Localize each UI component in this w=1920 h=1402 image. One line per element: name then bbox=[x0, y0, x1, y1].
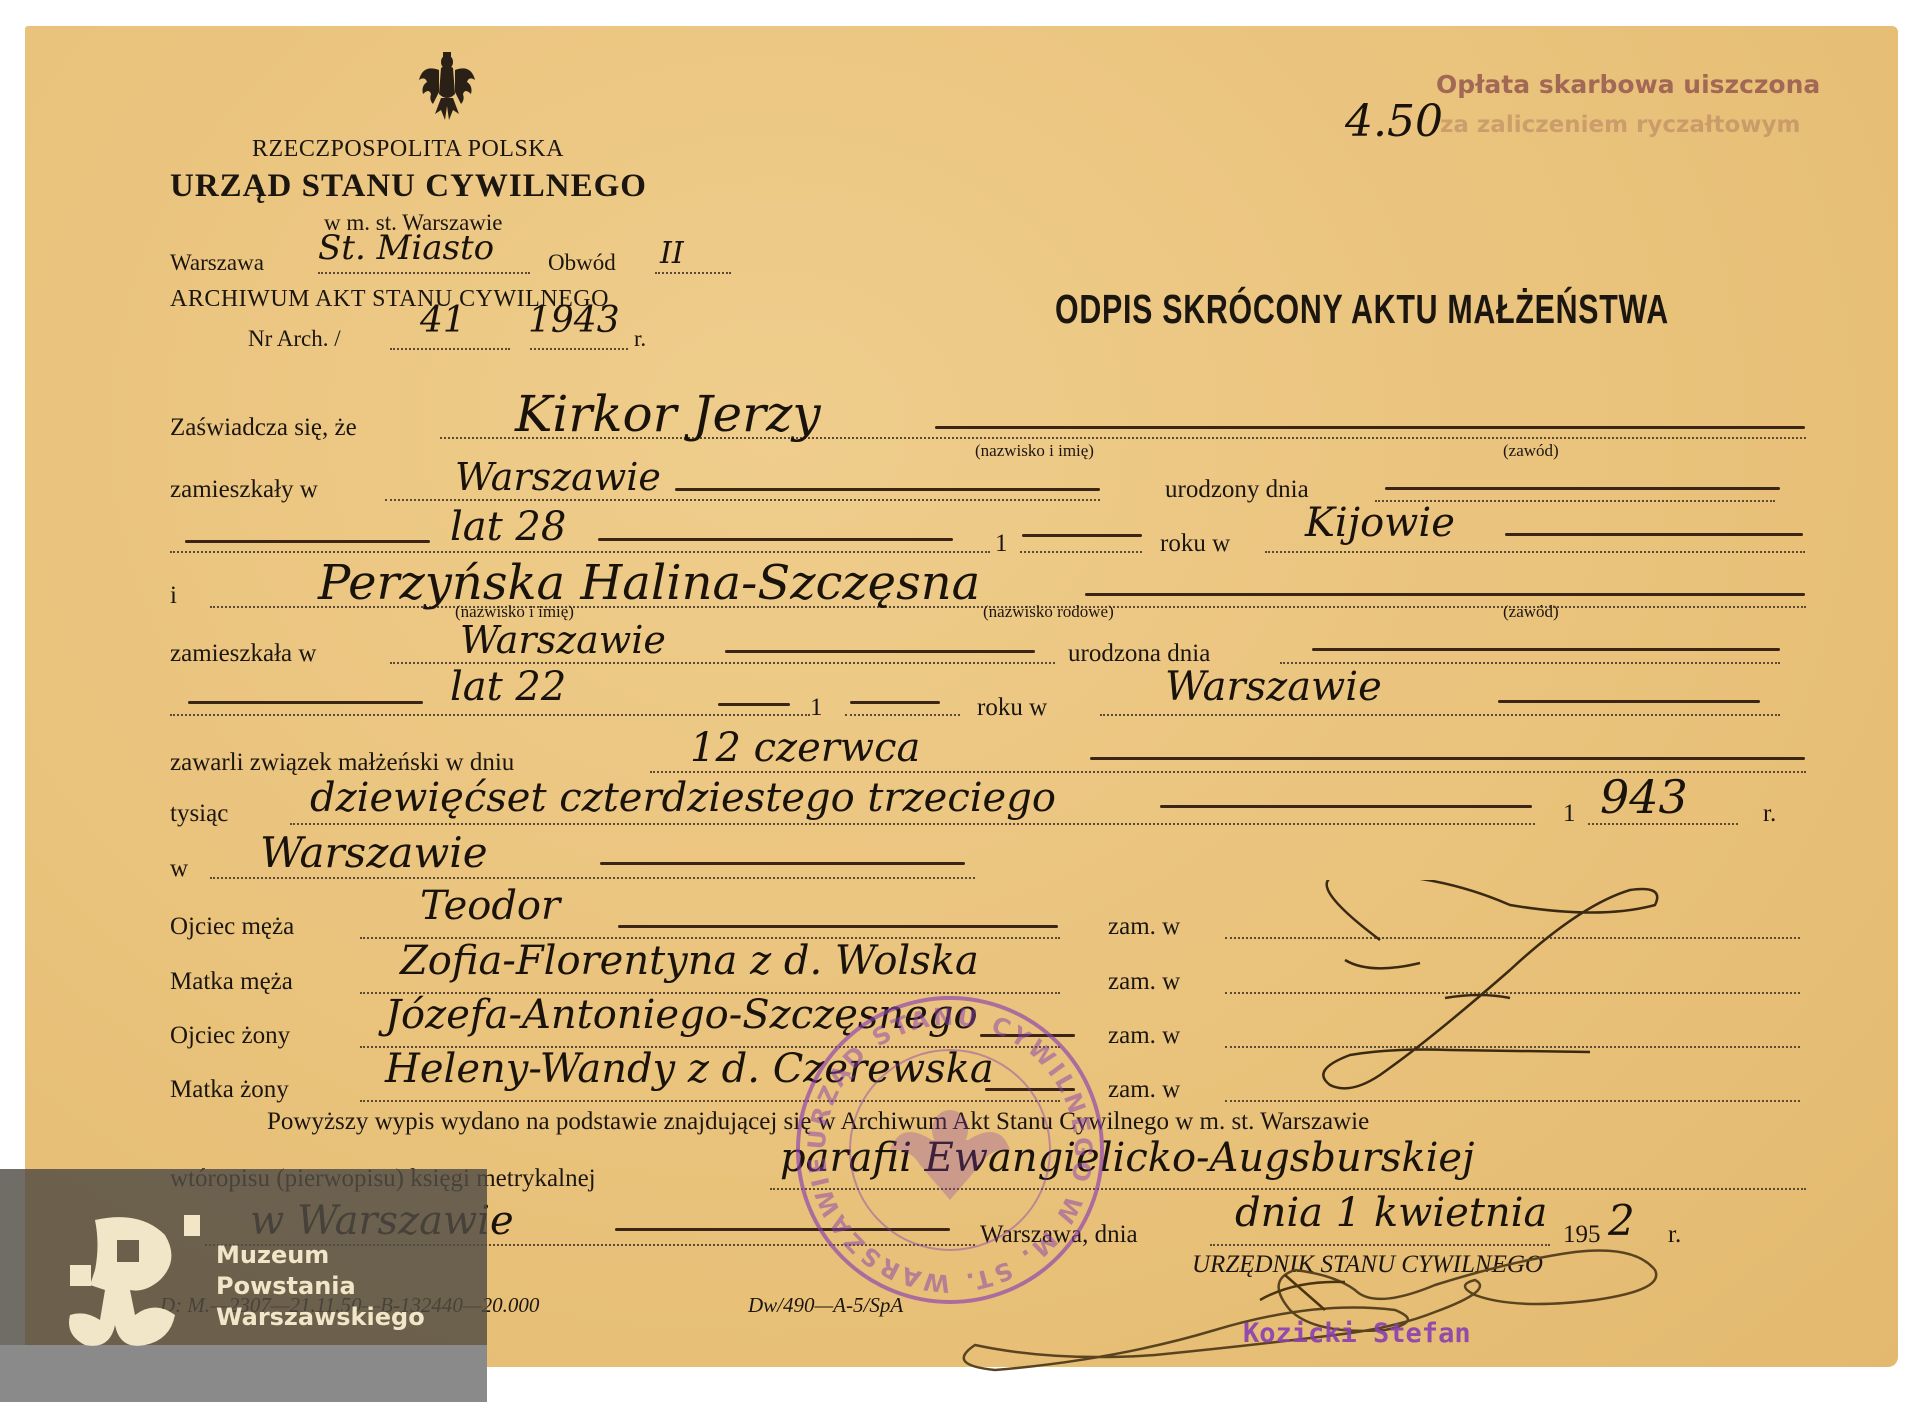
bride-name: Perzyńska Halina-Szczęsna bbox=[318, 555, 980, 611]
bride-year-line bbox=[845, 714, 960, 716]
bride-intro-label: i bbox=[170, 582, 177, 610]
bride-maiden-caption: (nazwisko rodowe) bbox=[983, 602, 1114, 622]
city-label: Warszawa bbox=[170, 250, 264, 276]
year-digits: 943 bbox=[1600, 770, 1688, 824]
fee-stamp-line1: Opłata skarbowa uiszczona bbox=[1436, 70, 1820, 99]
groom-birthplace-label: roku w bbox=[1160, 530, 1230, 558]
parent-label: Ojciec żony bbox=[170, 1022, 290, 1050]
parent-name: Zofia-Florentyna z d. Wolska bbox=[400, 938, 979, 984]
country-name: RZECZPOSPOLITA POLSKA bbox=[252, 136, 564, 163]
parent-label: Matka męża bbox=[170, 968, 293, 996]
groom-name: Kirkor Jerzy bbox=[515, 385, 821, 443]
district-label: Obwód bbox=[548, 250, 616, 276]
marriage-place-line bbox=[210, 877, 975, 879]
watermark-bottom-band bbox=[0, 1345, 487, 1402]
issue-year-digit: 2 bbox=[1608, 1196, 1635, 1245]
ink-fill-line bbox=[188, 701, 423, 704]
strike-through-scribble bbox=[1270, 880, 1690, 1120]
ink-fill-line bbox=[1505, 533, 1803, 536]
eagle-emblem-icon bbox=[415, 50, 479, 122]
ink-fill-line bbox=[1312, 648, 1780, 651]
parent-label: Ojciec męża bbox=[170, 913, 294, 941]
office-name: URZĄD STANU CYWILNEGO bbox=[170, 168, 647, 205]
year-words-line bbox=[290, 823, 1535, 825]
ink-fill-line bbox=[675, 488, 1100, 491]
groom-year-line bbox=[1020, 551, 1142, 553]
official-round-stamp: URZĄD STANU CYWILNEGO W M. ST. WARSZAWIE bbox=[790, 990, 1110, 1310]
arch-number-value: 41 bbox=[420, 300, 466, 341]
city-district-value: St. Miasto bbox=[318, 228, 494, 268]
ink-fill-line bbox=[618, 925, 1058, 928]
parent-name: Teodor bbox=[420, 883, 560, 929]
ink-fill-line bbox=[185, 540, 430, 543]
thousand-label: tysiąc bbox=[170, 800, 228, 828]
groom-birthplace-line bbox=[1265, 551, 1805, 553]
official-name-stamp: Kozicki Stefan bbox=[1243, 1318, 1471, 1349]
fee-stamp-line2: za zaliczeniem ryczałtowym bbox=[1440, 112, 1800, 138]
ink-fill-line bbox=[935, 426, 1805, 429]
groom-residence-label: zamieszkały w bbox=[170, 476, 318, 504]
year-prefix: 1 bbox=[1563, 800, 1576, 828]
document-title: ODPIS SKRÓCONY AKTU MAŁŻEŃSTWA bbox=[1055, 286, 1669, 333]
marriage-date: 12 czerwca bbox=[690, 725, 920, 771]
parent-residence-label: zam. w bbox=[1108, 913, 1180, 941]
ink-fill-line bbox=[1160, 805, 1532, 808]
ink-fill-line bbox=[1022, 534, 1142, 537]
year-suffix: r. bbox=[1763, 800, 1776, 828]
museum-name-line1: Muzeum bbox=[216, 1240, 329, 1271]
ink-fill-line bbox=[725, 650, 1035, 653]
bride-age: lat 22 bbox=[450, 664, 566, 710]
groom-year-prefix: 1 bbox=[995, 530, 1008, 558]
issue-date: dnia 1 kwietnia bbox=[1235, 1190, 1547, 1236]
marriage-date-label: zawarli związek małżeński w dniu bbox=[170, 749, 514, 777]
ink-fill-line bbox=[598, 538, 953, 541]
parent-residence-label: zam. w bbox=[1108, 1076, 1180, 1104]
arch-year-value: 1943 bbox=[528, 300, 620, 341]
parent-label: Matka żony bbox=[170, 1076, 289, 1104]
parent-residence-label: zam. w bbox=[1108, 968, 1180, 996]
museum-name-line2: Powstania bbox=[216, 1271, 356, 1302]
bride-birthplace-label: roku w bbox=[977, 694, 1047, 722]
groom-birthplace: Kijowie bbox=[1305, 500, 1455, 546]
ink-fill-line bbox=[1385, 487, 1780, 490]
ink-fill-line bbox=[1090, 757, 1805, 760]
ink-fill-line bbox=[1085, 593, 1805, 596]
bride-residence-label: zamieszkała w bbox=[170, 640, 316, 668]
bride-occupation-caption: (zawód) bbox=[1503, 602, 1559, 622]
ink-fill-line bbox=[600, 862, 965, 865]
arch-year-line bbox=[530, 348, 628, 350]
groom-name-caption: (nazwisko i imię) bbox=[975, 441, 1094, 461]
marriage-place-label: w bbox=[170, 855, 188, 883]
arch-number-label: Nr Arch. / bbox=[248, 326, 341, 352]
bride-birthdate-line-2 bbox=[170, 714, 810, 716]
groom-birthdate-line-2 bbox=[170, 551, 990, 553]
kotwica-anchor-logo-icon bbox=[60, 1215, 200, 1350]
fee-amount: 4.50 bbox=[1345, 96, 1443, 147]
bride-residence: Warszawie bbox=[460, 618, 666, 662]
arch-year-suffix: r. bbox=[634, 326, 646, 352]
arch-number-line bbox=[390, 348, 510, 350]
parent-residence-label: zam. w bbox=[1108, 1022, 1180, 1050]
groom-age: lat 28 bbox=[450, 504, 566, 550]
groom-occupation-caption: (zawód) bbox=[1503, 441, 1559, 461]
groom-residence-line bbox=[385, 499, 1100, 501]
bride-birthplace: Warszawie bbox=[1165, 664, 1382, 710]
city-district-field-line bbox=[318, 272, 530, 274]
ink-fill-line bbox=[718, 703, 790, 706]
groom-intro-label: Zaświadcza się, że bbox=[170, 414, 357, 442]
groom-residence: Warszawie bbox=[455, 455, 661, 499]
museum-name-line3: Warszawskiego bbox=[216, 1302, 425, 1333]
groom-born-label: urodzony dnia bbox=[1165, 476, 1309, 504]
ink-fill-line bbox=[1498, 700, 1760, 703]
bride-birthplace-line bbox=[1100, 714, 1780, 716]
marriage-place: Warszawie bbox=[260, 828, 488, 877]
ink-fill-line bbox=[850, 701, 940, 704]
year-words: dziewięćset czterdziestego trzeciego bbox=[310, 775, 1056, 821]
district-value: II bbox=[660, 236, 684, 271]
bride-year-prefix: 1 bbox=[810, 694, 823, 722]
district-field-line bbox=[655, 272, 731, 274]
